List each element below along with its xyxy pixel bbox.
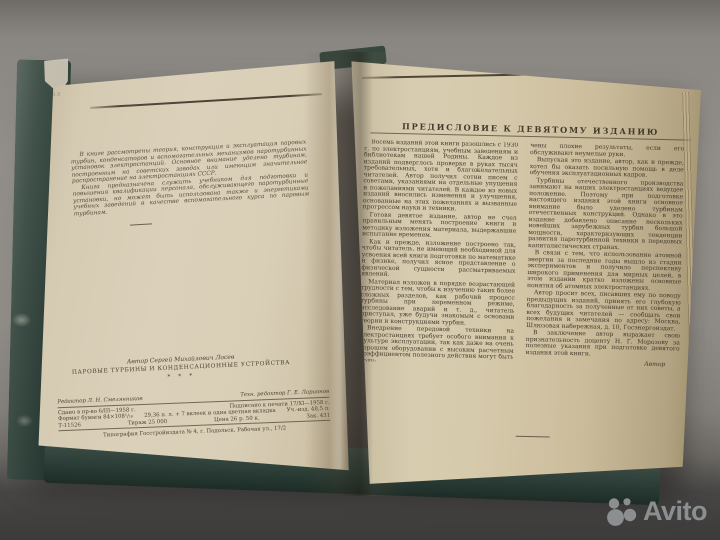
preface-section: ПРЕДИСЛОВИЕ К ДЕВЯТОМУ ИЗДАНИЮ Восемь из… [359,120,696,368]
preface-column-1: Восемь изданий этой книги разошлись с 19… [359,139,518,364]
imprint-block: Редактор Л. Н. Смелянников Техн. редакто… [57,389,330,441]
author-signature: Автор [525,359,679,368]
separator-dash [130,223,152,225]
preface-paragraph: В связи с тем, что использование атомной… [527,250,682,292]
watermark-label: Avito [643,490,707,532]
left-page: 97-3-3 В книге рассмотрены теория, конст… [36,56,350,484]
preface-paragraph: Готовя девятое издание, автор не счел пр… [362,212,517,241]
avito-watermark: Avito [606,490,718,532]
preface-paragraph: Восемь изданий этой книги разошлись с 19… [363,139,519,214]
imprint-cell: Т-11526 [58,422,81,429]
preface-paragraph: Материал изложен в порядке возрастающей … [360,279,515,328]
imprint-cell: Уч.-изд. 48,5 л. [287,406,330,414]
preface-paragraph: Автор просит всех, писавших ему по повод… [526,290,681,332]
preface-columns: Восемь изданий этой книги разошлись с 19… [359,139,696,368]
preface-paragraph: Как и прежде, изложение построено так, ч… [361,239,516,281]
preface-column-2: чены плохие результаты, если его обслужи… [525,143,684,368]
plate-edge-line-right [362,71,642,78]
annotation-block: В книге рассмотрены теория, конструкция … [70,139,309,217]
preface-paragraph: Внедрение передовой техники на электрост… [359,325,514,364]
separator-dash [516,436,550,438]
author-block: Автор Сергей Михайлович Лосев ПАРОВЫЕ ТУ… [50,350,313,387]
preface-paragraph: В заключение автор выражает свою признат… [525,330,680,359]
plate-edge-line-left [90,93,322,108]
right-page: ПРЕДИСЛОВИЕ К ДЕВЯТОМУ ИЗДАНИЮ Восемь из… [346,58,710,486]
avito-logo-icon [606,495,640,527]
imprint-cell: Зак. 431 [306,413,330,420]
preface-paragraph: Турбины отечественного производства зани… [528,178,684,253]
